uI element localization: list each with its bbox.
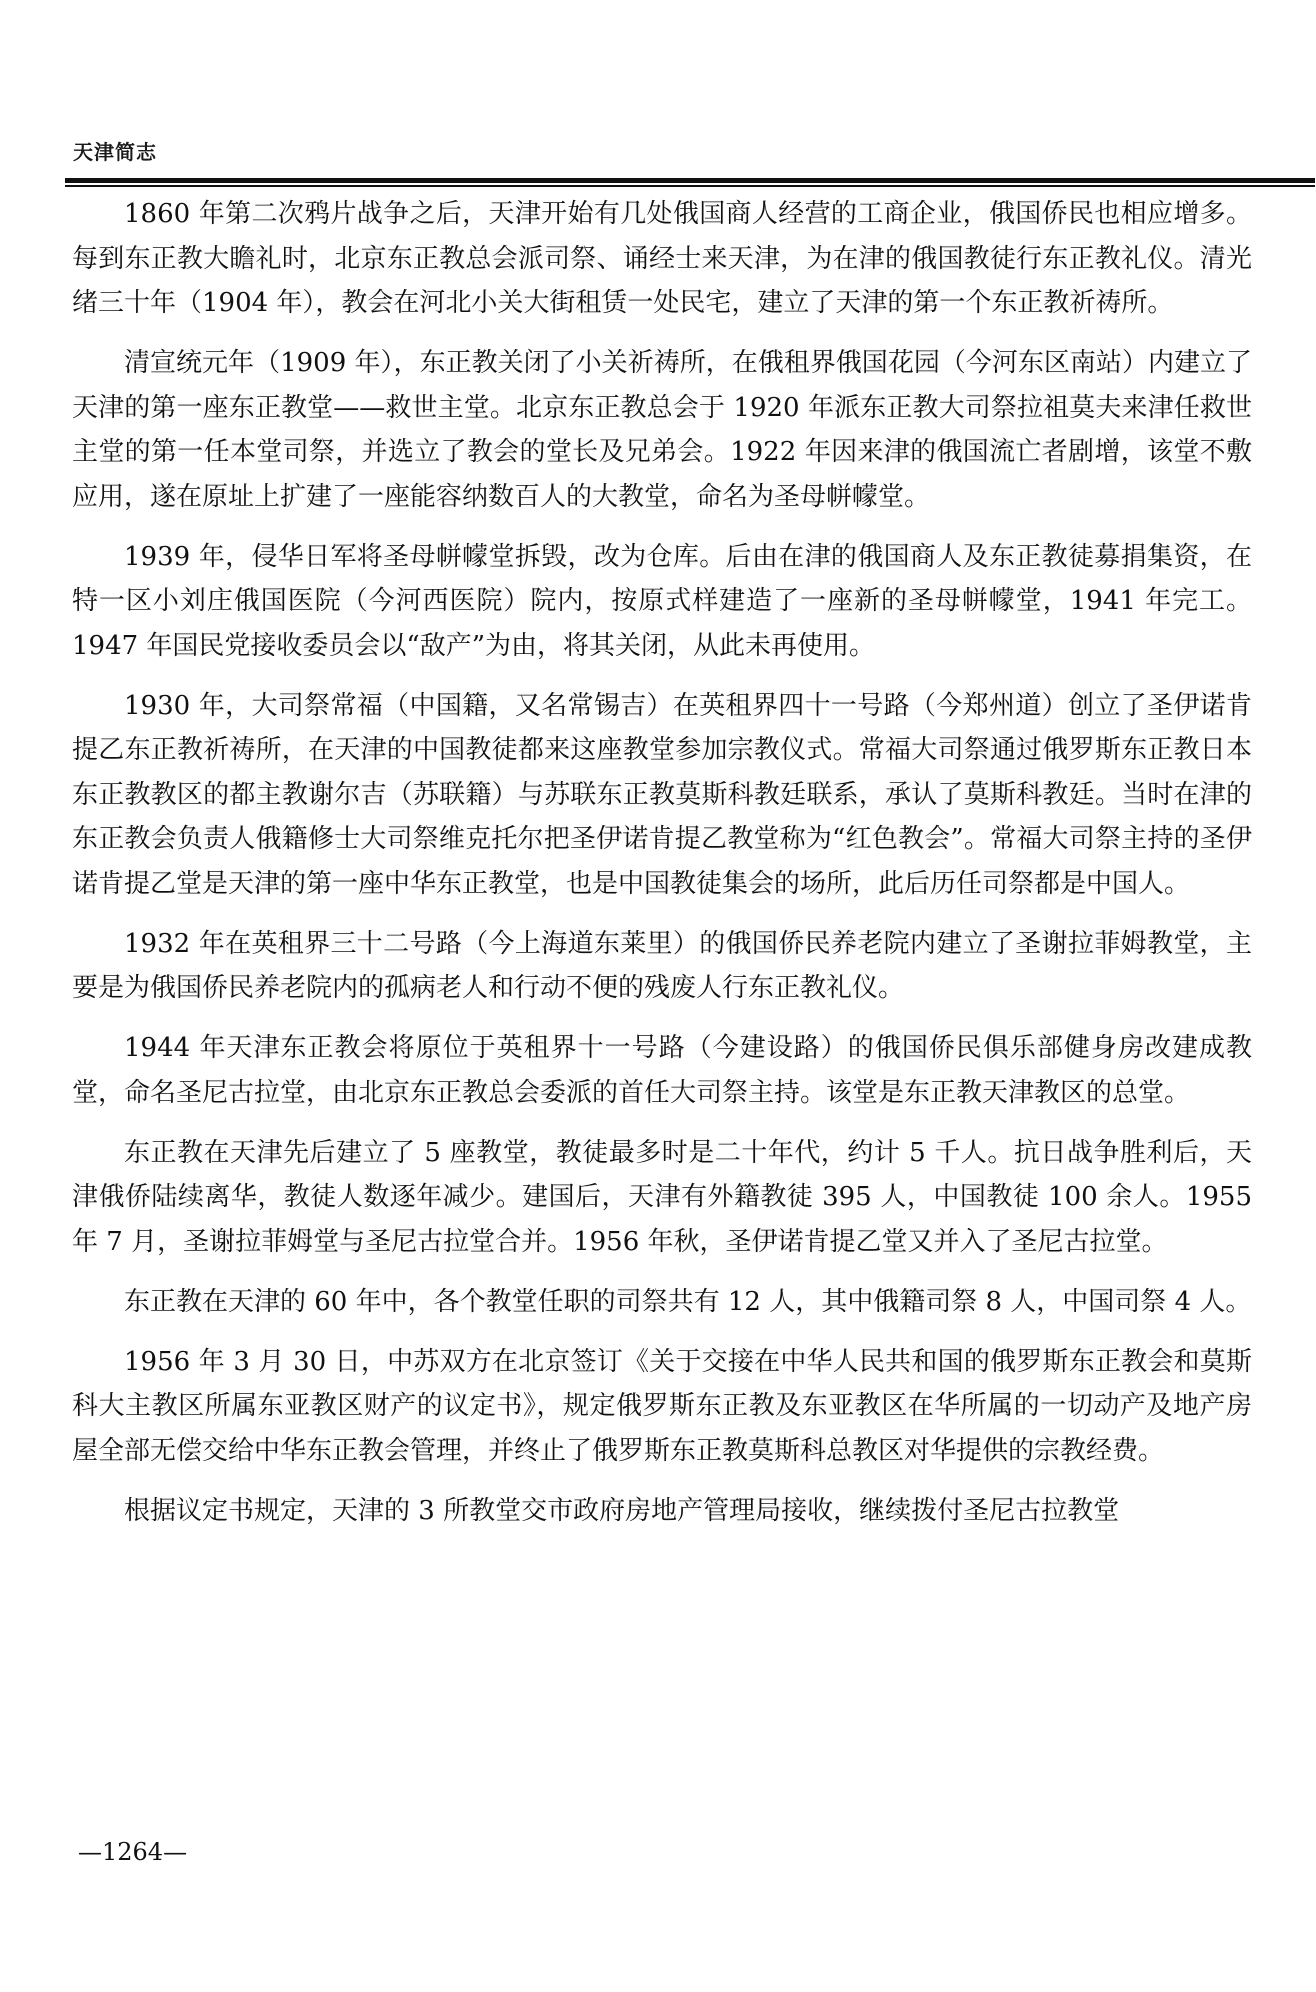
running-head: 天津简志	[73, 136, 157, 165]
paragraph: 1930 年，大司祭常福（中国籍，又名常锡吉）在英租界四十一号路（今郑州道）创立…	[72, 684, 1252, 907]
paragraph: 1944 年天津东正教会将原位于英租界十一号路（今建设路）的俄国侨民俱乐部健身房…	[72, 1026, 1252, 1115]
body-text: 1860 年第二次鸦片战争之后，天津开始有几处俄国商人经营的工商企业，俄国侨民也…	[72, 192, 1252, 1549]
header-rule-thick	[65, 178, 1315, 183]
paragraph: 东正教在天津的 60 年中，各个教堂任职的司祭共有 12 人，其中俄籍司祭 8 …	[72, 1280, 1252, 1325]
paragraph: 1932 年在英租界三十二号路（今上海道东莱里）的俄国侨民养老院内建立了圣谢拉菲…	[72, 922, 1252, 1011]
paragraph: 东正教在天津先后建立了 5 座教堂，教徒最多时是二十年代，约计 5 千人。抗日战…	[72, 1131, 1252, 1265]
paragraph: 1939 年，侵华日军将圣母帡幪堂拆毁，改为仓库。后由在津的俄国商人及东正教徒募…	[72, 535, 1252, 669]
paragraph: 1956 年 3 月 30 日，中苏双方在北京签订《关于交接在中华人民共和国的俄…	[72, 1340, 1252, 1474]
header-rule-thin	[65, 185, 1315, 187]
book-page: 天津简志 1860 年第二次鸦片战争之后，天津开始有几处俄国商人经营的工商企业，…	[0, 0, 1316, 1992]
paragraph: 1860 年第二次鸦片战争之后，天津开始有几处俄国商人经营的工商企业，俄国侨民也…	[72, 192, 1252, 326]
page-number: —1264—	[78, 1838, 187, 1866]
header-double-rule	[65, 178, 1315, 188]
paragraph: 根据议定书规定，天津的 3 所教堂交市政府房地产管理局接收，继续拨付圣尼古拉教堂	[72, 1489, 1252, 1534]
paragraph: 清宣统元年（1909 年），东正教关闭了小关祈祷所，在俄租界俄国花园（今河东区南…	[72, 341, 1252, 519]
